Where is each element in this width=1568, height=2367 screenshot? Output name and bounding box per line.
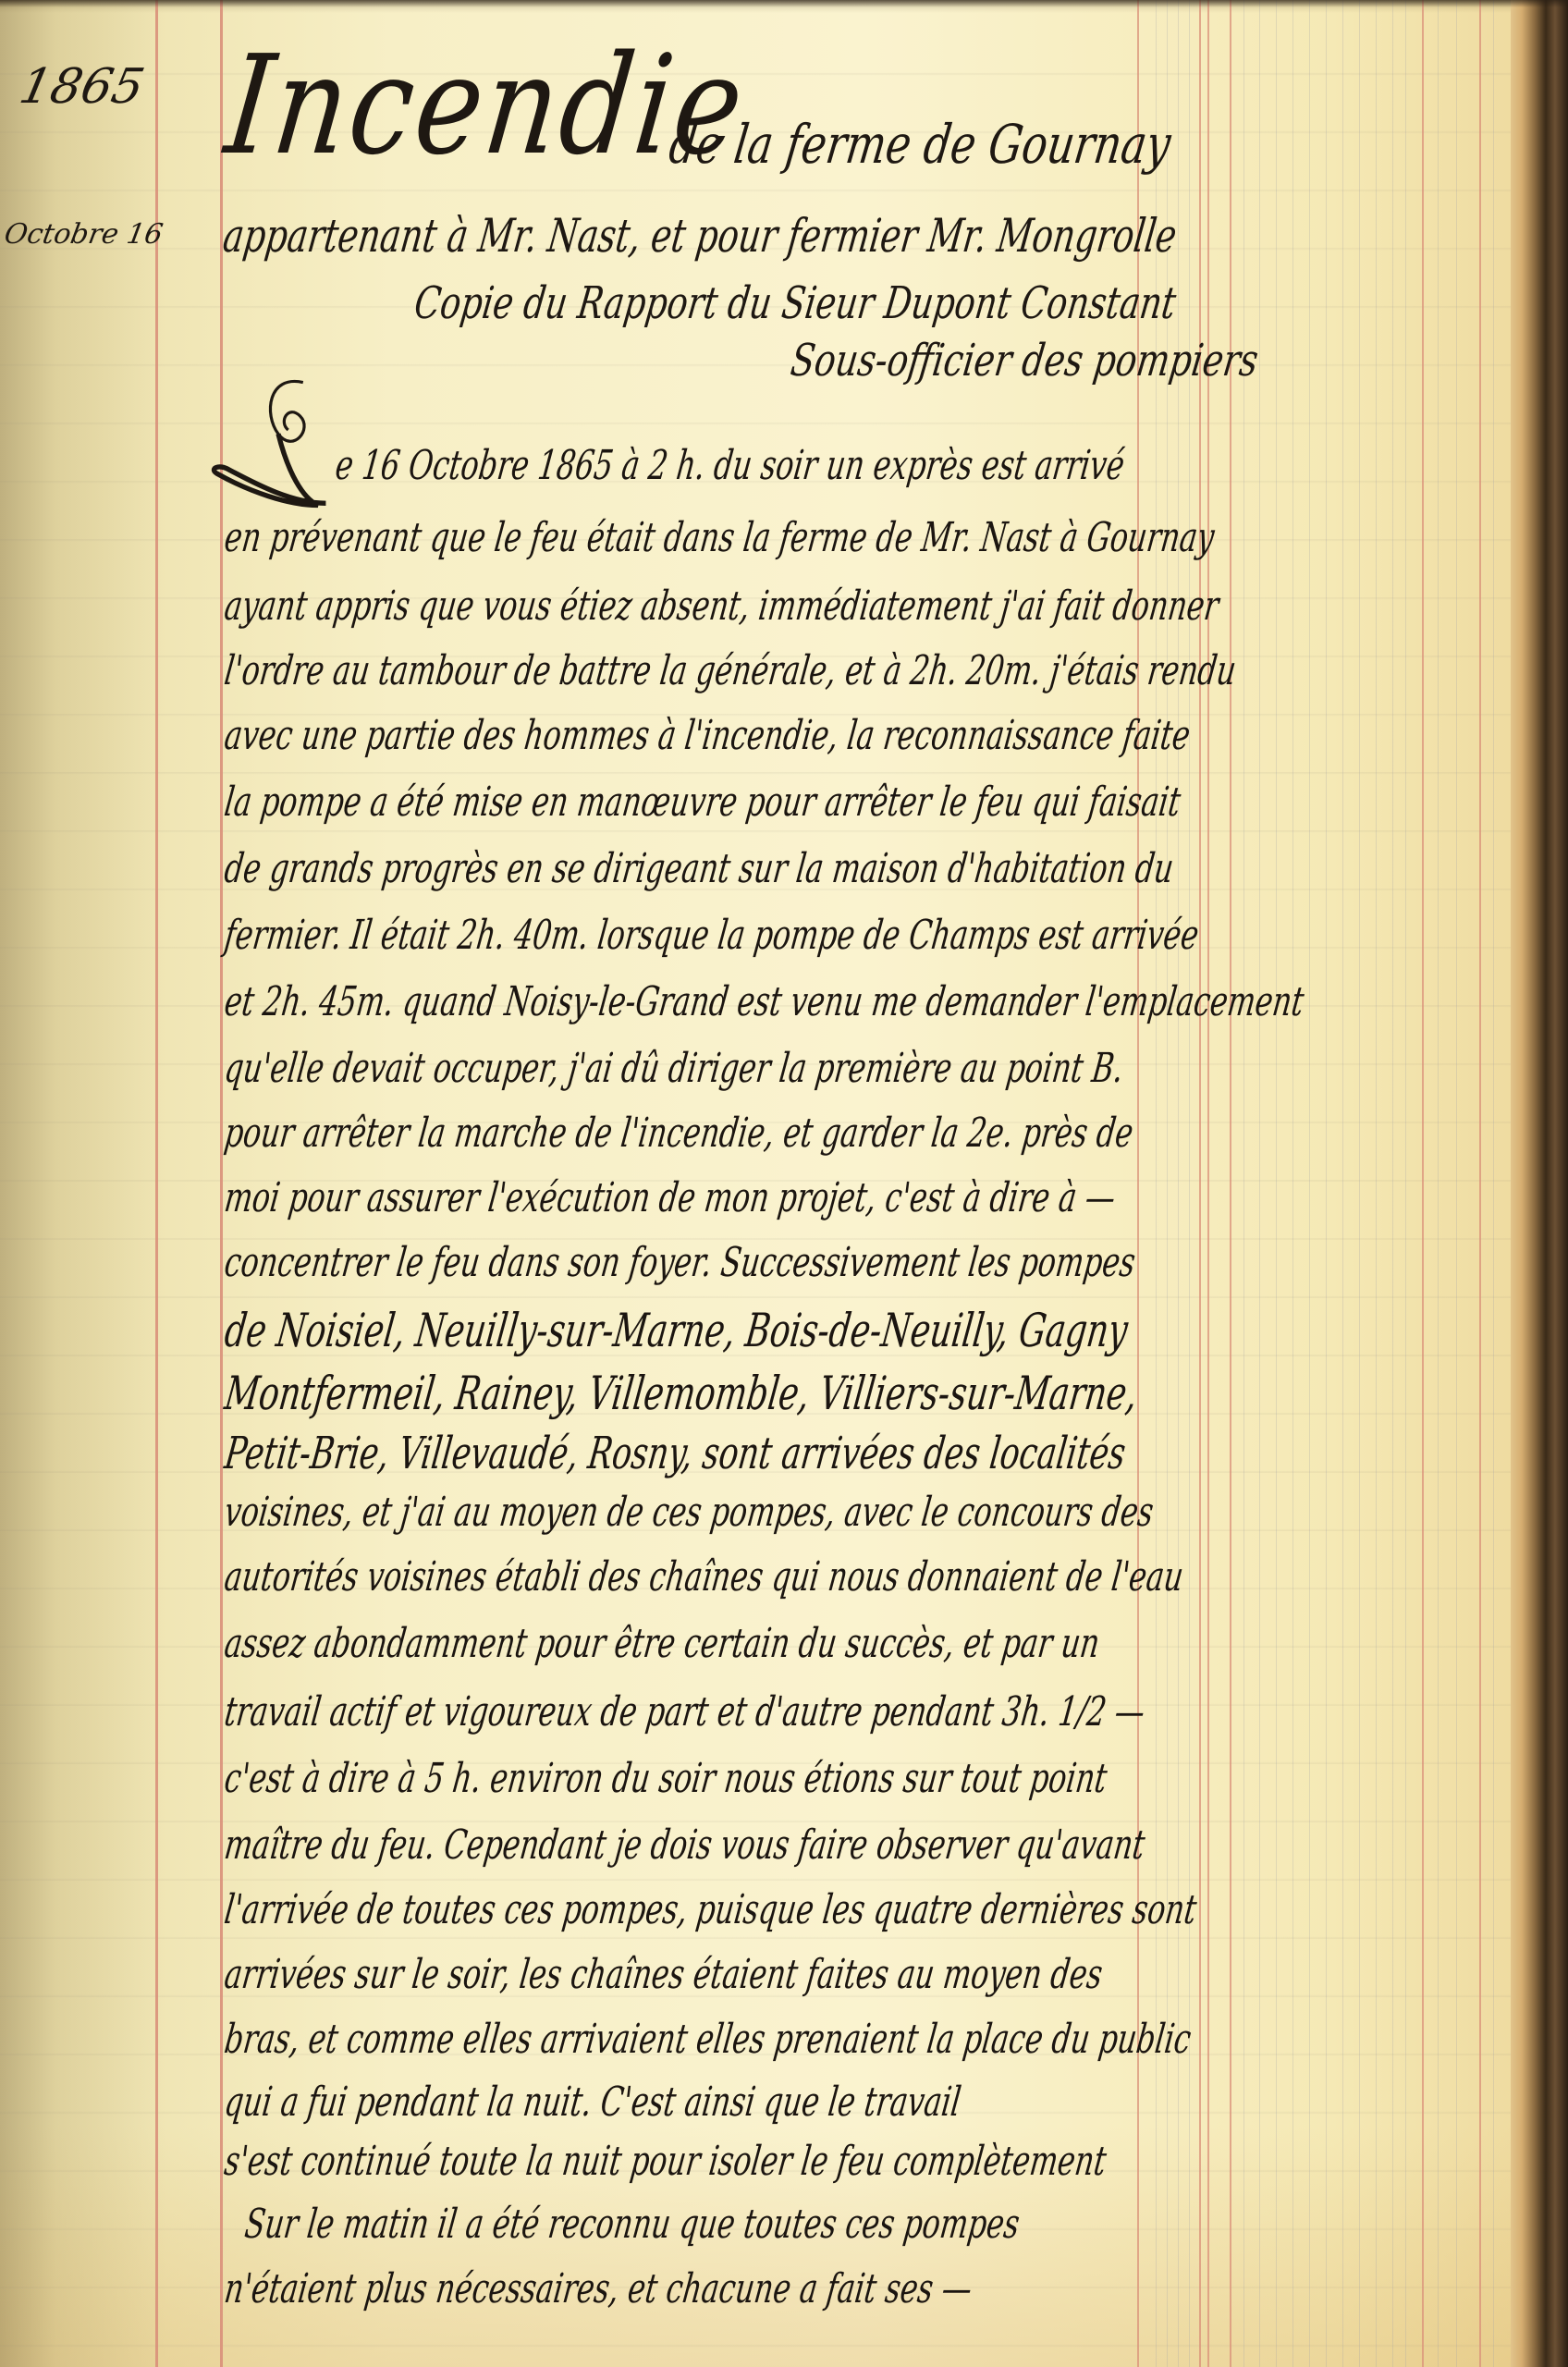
body-line-26: qui a fui pendant la nuit. C'est ainsi q…: [222, 2079, 963, 2126]
body-line-9: et 2h. 45m. quand Noisy-le-Grand est ven…: [222, 978, 1306, 1025]
body-line-18: autorités voisines établi des chaînes qu…: [222, 1553, 1186, 1600]
column-rule: [1405, 0, 1406, 2367]
header-owner-line: appartenant à Mr. Nast, et pour fermier …: [220, 209, 1180, 263]
margin-year: 1865: [15, 59, 149, 115]
book-binding-edge: [1511, 0, 1568, 2367]
column-rule: [1376, 0, 1377, 2367]
margin-date: Octobre 16: [2, 218, 165, 251]
body-line-11: pour arrêter la marche de l'incendie, et…: [222, 1110, 1136, 1157]
body-line-5: avec une partie des hommes à l'incendie,…: [222, 712, 1193, 759]
body-line-27: s'est continué toute la nuit pour isoler…: [222, 2138, 1109, 2185]
body-line-24: arrivées sur le soir, les chaînes étaien…: [222, 1951, 1105, 1998]
body-line-14: de Noisiel, Neuilly-sur-Marne, Bois-de-N…: [222, 1304, 1131, 1357]
column-rule: [1259, 0, 1260, 2367]
header-report-line: Copie du Rapport du Sieur Dupont Constan…: [411, 277, 1179, 329]
column-rule: [1276, 0, 1277, 2367]
body-line-13: concentrer le feu dans son foyer. Succes…: [222, 1239, 1138, 1286]
top-shadow: [0, 0, 1568, 7]
body-line-10: qu'elle devait occuper, j'ai dû diriger …: [222, 1045, 1126, 1092]
column-rule: [1392, 0, 1393, 2367]
margin-rule: [220, 0, 223, 2367]
body-line-21: c'est à dire à 5 h. environ du soir nous…: [222, 1755, 1109, 1802]
body-line-20: travail actif et vigoureux de part et d'…: [222, 1688, 1147, 1735]
body-line-17: voisines, et j'ai au moyen de ces pompes…: [222, 1489, 1157, 1536]
dropcap-flourish-icon: [209, 374, 348, 513]
body-line-29: n'étaient plus nécessaires, et chacune a…: [222, 2265, 974, 2312]
column-rule: [1456, 0, 1457, 2367]
body-line-23: l'arrivée de toutes ces pompes, puisque …: [222, 1886, 1199, 1933]
body-line-19: assez abondamment pour être certain du s…: [222, 1620, 1102, 1667]
body-line-22: maître du feu. Cependant je dois vous fa…: [222, 1821, 1147, 1869]
column-rule: [1438, 0, 1439, 2367]
column-rule: [1309, 0, 1310, 2367]
ledger-page: 1865 Octobre 16 Incendie de la ferme de …: [0, 0, 1568, 2367]
column-rule-red: [1479, 0, 1481, 2367]
body-line-12: moi pour assurer l'exécution de mon proj…: [222, 1174, 1118, 1221]
header-rank-line: Sous-officier des pompiers: [788, 335, 1261, 386]
body-line-7: de grands progrès en se dirigeant sur la…: [222, 845, 1176, 892]
body-line-2: en prévenant que le feu était dans la fe…: [222, 514, 1217, 561]
body-line-1: e 16 Octobre 1865 à 2 h. du soir un expr…: [333, 442, 1127, 489]
body-line-15: Montfermeil, Rainey, Villemomble, Villie…: [222, 1367, 1141, 1420]
body-line-16: Petit-Brie, Villevaudé, Rosny, sont arri…: [222, 1428, 1129, 1479]
body-line-25: bras, et comme elles arrivaient elles pr…: [222, 2016, 1194, 2063]
title-subject: de la ferme de Gournay: [666, 113, 1174, 176]
body-line-28: Sur le matin il a été reconnu que toutes…: [242, 2201, 1023, 2248]
margin-rule: [155, 0, 158, 2367]
body-line-8: fermier. Il était 2h. 40m. lorsque la po…: [222, 912, 1201, 959]
column-rule: [1359, 0, 1360, 2367]
column-rule: [1292, 0, 1293, 2367]
column-rule: [1342, 0, 1343, 2367]
column-rule-red: [1422, 0, 1424, 2367]
body-line-4: l'ordre au tambour de battre la générale…: [222, 647, 1239, 694]
column-rule: [1326, 0, 1327, 2367]
body-line-6: la pompe a été mise en manœuvre pour arr…: [222, 779, 1183, 826]
body-line-3: ayant appris que vous étiez absent, immé…: [222, 583, 1221, 630]
column-rule: [1493, 0, 1494, 2367]
